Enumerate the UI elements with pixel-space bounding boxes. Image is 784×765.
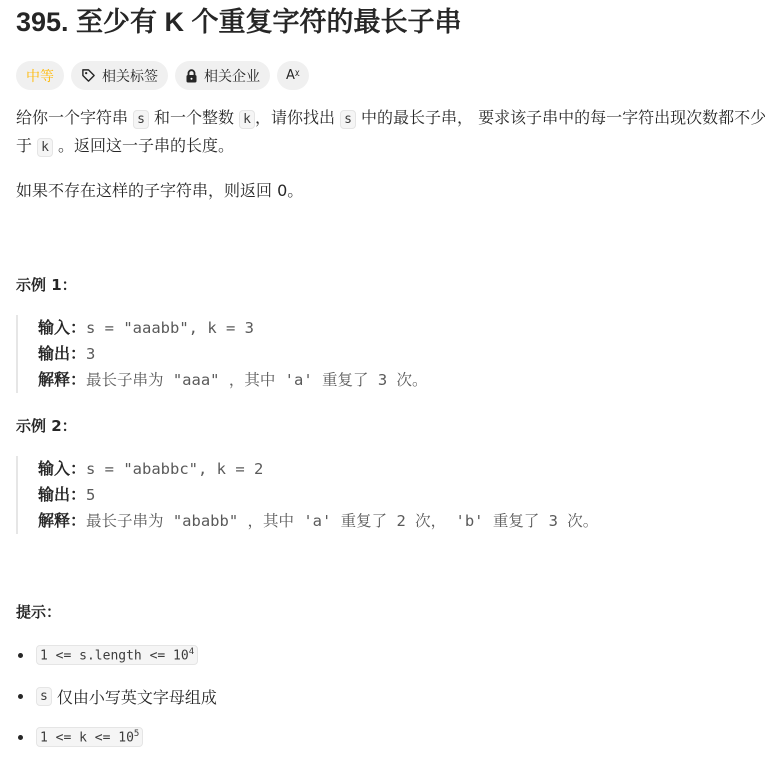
- desc-text: 给你一个字符串: [16, 108, 128, 127]
- output-label: 输出：: [38, 485, 86, 504]
- bullet: [18, 653, 23, 658]
- constraints-heading: 提示：: [16, 601, 768, 622]
- translate-icon: Aᵡ: [286, 68, 300, 83]
- related-tags-label: 相关标签: [102, 66, 158, 86]
- desc-text: ，请你找出: [255, 108, 335, 127]
- constraint-code-text: 1 <= k <= 10: [40, 730, 134, 745]
- bullet: [18, 694, 23, 699]
- input-label: 输入：: [38, 318, 86, 337]
- translate-button[interactable]: Aᵡ: [277, 61, 309, 90]
- constraint-text: 仅由小写英文字母组成: [57, 685, 217, 708]
- output-value: 3: [86, 345, 95, 363]
- constraint-item: s 仅由小写英文字母组成: [16, 684, 768, 708]
- related-companies-button[interactable]: 相关企业: [175, 61, 270, 90]
- explain-value: 最长子串为 "aaa" ，其中 'a' 重复了 3 次。: [86, 371, 427, 389]
- tag-bar: 中等 相关标签 相关企业 Aᵡ: [16, 61, 768, 90]
- related-tags-button[interactable]: 相关标签: [71, 61, 168, 90]
- constraint-item: 1 <= s.length <= 104: [16, 643, 768, 667]
- example-2-heading: 示例 2：: [16, 415, 768, 436]
- explain-label: 解释：: [38, 370, 86, 389]
- constraint-code: 1 <= s.length <= 104: [36, 645, 198, 665]
- problem-description: 395. 至少有 K 个重复字符的最长子串 中等 相关标签 相关企业 Aᵡ 给你…: [0, 2, 784, 749]
- problem-title[interactable]: 395. 至少有 K 个重复字符的最长子串: [16, 2, 768, 40]
- code-k: k: [239, 110, 255, 129]
- desc-text: 和一个整数: [154, 108, 234, 127]
- description-paragraph-2: 如果不存在这样的子字符串，则返回 0。: [16, 178, 768, 204]
- constraints-list: 1 <= s.length <= 104 s 仅由小写英文字母组成 1 <= k…: [16, 643, 768, 749]
- output-label: 输出：: [38, 344, 86, 363]
- example-1-block: 输入：s = "aaabb", k = 3 输出：3 解释：最长子串为 "aaa…: [16, 315, 768, 393]
- code-s: s: [133, 110, 149, 129]
- lock-icon: [185, 69, 198, 83]
- output-value: 5: [86, 486, 95, 504]
- difficulty-badge[interactable]: 中等: [16, 61, 64, 90]
- code-s: s: [340, 110, 356, 129]
- bullet: [18, 735, 23, 740]
- constraint-code-text: 1 <= s.length <= 10: [40, 648, 189, 663]
- input-value: s = "ababbc", k = 2: [86, 460, 263, 478]
- description-paragraph: 给你一个字符串 s 和一个整数 k，请你找出 s 中的最长子串， 要求该子串中的…: [16, 105, 768, 161]
- example-1-heading: 示例 1：: [16, 274, 768, 295]
- input-value: s = "aaabb", k = 3: [86, 319, 254, 337]
- input-label: 输入：: [38, 459, 86, 478]
- exponent: 5: [134, 729, 139, 739]
- desc-text: 。返回这一子串的长度。: [58, 136, 234, 155]
- exponent: 4: [189, 647, 194, 657]
- constraint-item: 1 <= k <= 105: [16, 725, 768, 749]
- example-2-block: 输入：s = "ababbc", k = 2 输出：5 解释：最长子串为 "ab…: [16, 456, 768, 534]
- constraint-code: s: [36, 687, 52, 706]
- related-companies-label: 相关企业: [204, 66, 260, 86]
- code-k: k: [37, 138, 53, 157]
- explain-label: 解释：: [38, 511, 86, 530]
- constraint-code: 1 <= k <= 105: [36, 727, 143, 747]
- tag-icon: [81, 68, 96, 83]
- explain-value: 最长子串为 "ababb" ，其中 'a' 重复了 2 次， 'b' 重复了 3…: [86, 512, 598, 530]
